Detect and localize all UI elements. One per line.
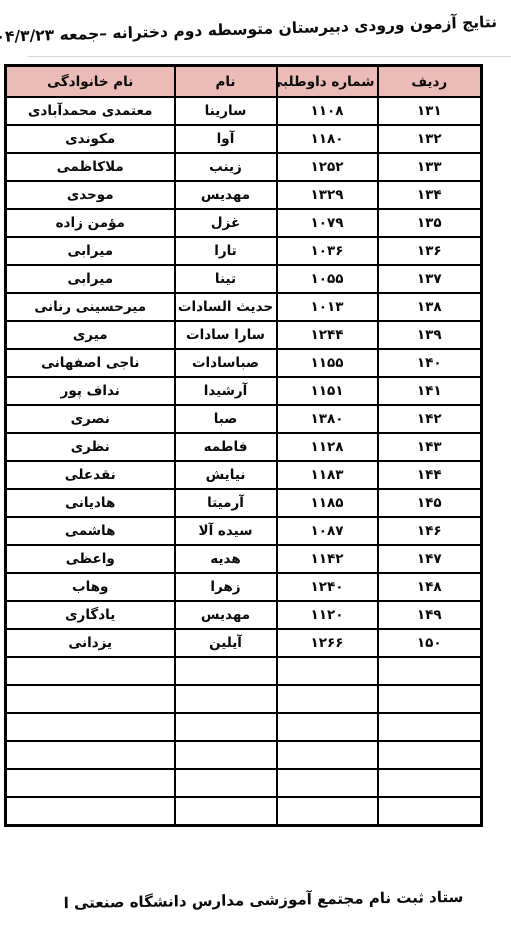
cell-first-name: زهرا	[175, 573, 277, 601]
cell-last-name: هادیانی	[6, 489, 175, 517]
cell-first-name: سارینا	[175, 97, 277, 125]
empty-cell	[378, 713, 482, 741]
cell-first-name: فاطمه	[175, 433, 277, 461]
cell-candidate-no: ۱۰۳۶	[277, 237, 378, 265]
table-row: ۱۴۸۱۲۴۰زهراوهاب	[6, 573, 482, 601]
cell-radif: ۱۵۰	[378, 629, 482, 657]
cell-radif: ۱۴۷	[378, 545, 482, 573]
empty-cell	[6, 657, 175, 685]
cell-radif: ۱۳۱	[378, 97, 482, 125]
cell-first-name: مهدیس	[175, 601, 277, 629]
column-header-candidate-number: شماره داوطلبی	[277, 66, 378, 98]
cell-candidate-no: ۱۱۰۸	[277, 97, 378, 125]
cell-last-name: یزدانی	[6, 629, 175, 657]
empty-cell	[175, 741, 277, 769]
cell-candidate-no: ۱۰۷۹	[277, 209, 378, 237]
cell-first-name: تینا	[175, 265, 277, 293]
cell-last-name: نصری	[6, 405, 175, 433]
cell-candidate-no: ۱۱۲۰	[277, 601, 378, 629]
cell-candidate-no: ۱۲۶۶	[277, 629, 378, 657]
empty-cell	[175, 797, 277, 826]
cell-first-name: آوا	[175, 125, 277, 153]
footer-text: ستاد ثبت نام مجتمع آموزشی مدارس دانشگاه …	[20, 887, 507, 913]
cell-radif: ۱۴۲	[378, 405, 482, 433]
empty-cell	[175, 713, 277, 741]
cell-last-name: نقدعلی	[6, 461, 175, 489]
cell-last-name: هاشمی	[6, 517, 175, 545]
cell-first-name: زینب	[175, 153, 277, 181]
cell-candidate-no: ۱۲۵۲	[277, 153, 378, 181]
cell-last-name: ناجی اصفهانی	[6, 349, 175, 377]
cell-radif: ۱۳۲	[378, 125, 482, 153]
empty-cell	[378, 797, 482, 826]
table-row: ۱۳۶۱۰۳۶تارامیرابی	[6, 237, 482, 265]
empty-cell	[277, 769, 378, 797]
empty-cell	[175, 657, 277, 685]
cell-radif: ۱۳۷	[378, 265, 482, 293]
cell-candidate-no: ۱۰۸۷	[277, 517, 378, 545]
cell-first-name: نیایش	[175, 461, 277, 489]
table-header-row: ردیف شماره داوطلبی نام نام خانوادگی	[6, 66, 482, 98]
cell-candidate-no: ۱۱۵۵	[277, 349, 378, 377]
cell-last-name: میرحسینی رنانی	[6, 293, 175, 321]
cell-candidate-no: ۱۲۴۰	[277, 573, 378, 601]
cell-candidate-no: ۱۱۸۰	[277, 125, 378, 153]
cell-candidate-no: ۱۱۸۳	[277, 461, 378, 489]
cell-radif: ۱۳۸	[378, 293, 482, 321]
cell-radif: ۱۴۶	[378, 517, 482, 545]
cell-first-name: غزل	[175, 209, 277, 237]
cell-radif: ۱۴۳	[378, 433, 482, 461]
cell-candidate-no: ۱۱۸۵	[277, 489, 378, 517]
table-row: ۱۴۴۱۱۸۳نیایشنقدعلی	[6, 461, 482, 489]
cell-first-name: سیده آلا	[175, 517, 277, 545]
cell-radif: ۱۴۴	[378, 461, 482, 489]
empty-cell	[175, 685, 277, 713]
cell-radif: ۱۳۵	[378, 209, 482, 237]
cell-candidate-no: ۱۰۵۵	[277, 265, 378, 293]
cell-first-name: آرشیدا	[175, 377, 277, 405]
document-page: نتایج آزمون ورودی دبیرستان متوسطه دوم دخ…	[0, 0, 511, 937]
empty-row	[6, 713, 482, 741]
empty-cell	[277, 657, 378, 685]
results-table: ردیف شماره داوطلبی نام نام خانوادگی ۱۳۱۱…	[4, 64, 483, 827]
table-row: ۱۴۵۱۱۸۵آرمیتاهادیانی	[6, 489, 482, 517]
empty-cell	[277, 797, 378, 826]
empty-cell	[175, 769, 277, 797]
empty-cell	[6, 741, 175, 769]
table-row: ۱۴۳۱۱۲۸فاطمهنظری	[6, 433, 482, 461]
column-header-radif: ردیف	[378, 66, 482, 98]
empty-cell	[6, 685, 175, 713]
cell-last-name: ملاکاظمی	[6, 153, 175, 181]
cell-radif: ۱۴۹	[378, 601, 482, 629]
empty-cell	[378, 769, 482, 797]
cell-last-name: میرابی	[6, 237, 175, 265]
table-body: ۱۳۱۱۱۰۸سارینامعتمدی محمدآبادی۱۳۲۱۱۸۰آوام…	[6, 97, 482, 826]
empty-row	[6, 741, 482, 769]
column-header-last-name: نام خانوادگی	[6, 66, 175, 98]
table-row: ۱۴۷۱۱۴۲هدیهواعظی	[6, 545, 482, 573]
empty-row	[6, 657, 482, 685]
empty-cell	[277, 685, 378, 713]
cell-first-name: مهدیس	[175, 181, 277, 209]
table-row: ۱۳۸۱۰۱۳حدیث الساداتمیرحسینی رنانی	[6, 293, 482, 321]
cell-last-name: مؤمن زاده	[6, 209, 175, 237]
cell-last-name: واعظی	[6, 545, 175, 573]
table-row: ۱۵۰۱۲۶۶آیلینیزدانی	[6, 629, 482, 657]
cell-radif: ۱۴۸	[378, 573, 482, 601]
cell-first-name: صباسادات	[175, 349, 277, 377]
table-row: ۱۳۹۱۲۴۴سارا ساداتمیری	[6, 321, 482, 349]
empty-cell	[378, 741, 482, 769]
cell-first-name: حدیث السادات	[175, 293, 277, 321]
cell-candidate-no: ۱۱۴۲	[277, 545, 378, 573]
cell-first-name: سارا سادات	[175, 321, 277, 349]
table-row: ۱۴۲۱۳۸۰صبانصری	[6, 405, 482, 433]
empty-cell	[6, 797, 175, 826]
cell-candidate-no: ۱۰۱۳	[277, 293, 378, 321]
cell-last-name: میری	[6, 321, 175, 349]
cell-last-name: مکوندی	[6, 125, 175, 153]
cell-last-name: یادگاری	[6, 601, 175, 629]
cell-radif: ۱۴۱	[378, 377, 482, 405]
empty-cell	[378, 685, 482, 713]
table-row: ۱۳۱۱۱۰۸سارینامعتمدی محمدآبادی	[6, 97, 482, 125]
empty-cell	[378, 657, 482, 685]
table-row: ۱۳۲۱۱۸۰آوامکوندی	[6, 125, 482, 153]
cell-candidate-no: ۱۲۴۴	[277, 321, 378, 349]
cell-last-name: نظری	[6, 433, 175, 461]
page-title: نتایج آزمون ورودی دبیرستان متوسطه دوم دخ…	[20, 13, 497, 45]
cell-first-name: آرمیتا	[175, 489, 277, 517]
cell-first-name: صبا	[175, 405, 277, 433]
empty-cell	[277, 713, 378, 741]
cell-radif: ۱۳۶	[378, 237, 482, 265]
cell-radif: ۱۳۹	[378, 321, 482, 349]
empty-cell	[277, 741, 378, 769]
table-row: ۱۳۳۱۲۵۲زینبملاکاظمی	[6, 153, 482, 181]
cell-radif: ۱۴۰	[378, 349, 482, 377]
cell-candidate-no: ۱۳۸۰	[277, 405, 378, 433]
table-row: ۱۴۶۱۰۸۷سیده آلاهاشمی	[6, 517, 482, 545]
cell-first-name: هدیه	[175, 545, 277, 573]
cell-last-name: موحدی	[6, 181, 175, 209]
cell-candidate-no: ۱۱۵۱	[277, 377, 378, 405]
cell-last-name: میرابی	[6, 265, 175, 293]
column-header-first-name: نام	[175, 66, 277, 98]
cell-candidate-no: ۱۱۲۸	[277, 433, 378, 461]
empty-row	[6, 769, 482, 797]
cell-last-name: معتمدی محمدآبادی	[6, 97, 175, 125]
table-row: ۱۴۱۱۱۵۱آرشیدانداف پور	[6, 377, 482, 405]
table-row: ۱۳۷۱۰۵۵تینامیرابی	[6, 265, 482, 293]
empty-cell	[6, 769, 175, 797]
cell-radif: ۱۳۳	[378, 153, 482, 181]
table-row: ۱۴۹۱۱۲۰مهدیسیادگاری	[6, 601, 482, 629]
table-row: ۱۳۵۱۰۷۹غزلمؤمن زاده	[6, 209, 482, 237]
cell-radif: ۱۳۴	[378, 181, 482, 209]
cell-radif: ۱۴۵	[378, 489, 482, 517]
cell-first-name: آیلین	[175, 629, 277, 657]
cell-first-name: تارا	[175, 237, 277, 265]
cell-candidate-no: ۱۳۲۹	[277, 181, 378, 209]
empty-row	[6, 685, 482, 713]
cell-last-name: نداف پور	[6, 377, 175, 405]
table-row: ۱۴۰۱۱۵۵صباساداتناجی اصفهانی	[6, 349, 482, 377]
cell-last-name: وهاب	[6, 573, 175, 601]
empty-cell	[6, 713, 175, 741]
table-row: ۱۳۴۱۳۲۹مهدیسموحدی	[6, 181, 482, 209]
scan-artifact-line	[28, 56, 511, 57]
empty-row	[6, 797, 482, 826]
